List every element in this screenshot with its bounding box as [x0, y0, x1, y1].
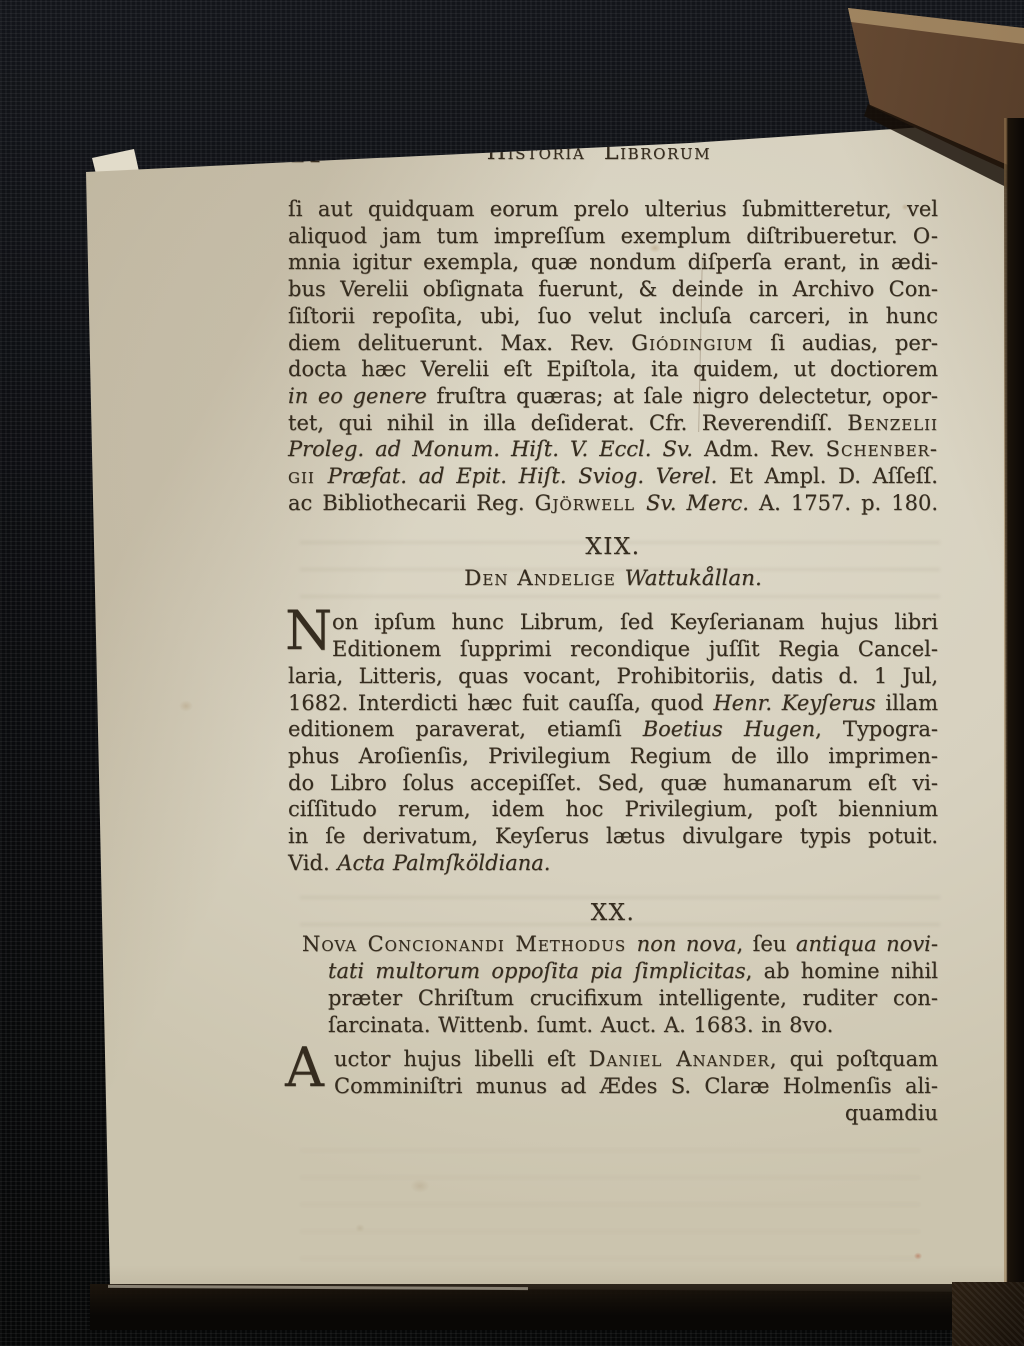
- text-line: aliquod jam tum impreſſum exemplum diſtr…: [288, 223, 938, 250]
- text-line: gii Præfat. ad Epit. Hiſt. Sviog. Verel.…: [288, 463, 938, 490]
- text-line: ſi aut quidquam eorum prelo ulterius ſub…: [288, 196, 938, 223]
- text-line: Vid. Acta Palmſköldiana.: [288, 850, 938, 877]
- text-line: tati multorum oppoſita pia ſimplicitas, …: [288, 958, 938, 985]
- text-line: diem delituerunt. Max. Rev. Giódingium ſ…: [288, 330, 938, 357]
- text-line: laria, Litteris, quas vocant, Prohibitor…: [288, 663, 938, 690]
- text-line: docta hæc Verelii eſt Epiſtola, ita quid…: [288, 356, 938, 383]
- text-line: Nova Concionandi Methodus non nova, ſeu …: [288, 931, 938, 958]
- text-line: mnia igitur exempla, quæ nondum diſperſa…: [288, 249, 938, 276]
- text-line: ciſſitudo rerum, idem hoc Privilegium, p…: [288, 796, 938, 823]
- text-line: Comminiſtri munus ad Ædes S. Claræ Holme…: [288, 1073, 938, 1100]
- text-line: bus Verelii obſignata fuerunt, & deinde …: [288, 276, 938, 303]
- text-line: quamdiu: [288, 1100, 938, 1127]
- section-heading-xix: XIX.: [288, 534, 938, 561]
- text-line: in ſe derivatum, Keyſerus lætus divulgar…: [288, 823, 938, 850]
- scanned-book-photo: 24 Historia Librorum ſi aut quidquam eor…: [0, 0, 1024, 1346]
- text-line: in eo genere fruſtra quæras; at ſale nig…: [288, 383, 938, 410]
- text-block: 24 Historia Librorum ſi aut quidquam eor…: [288, 140, 938, 1126]
- showthrough-text: [300, 1140, 920, 1260]
- text-line: Editionem ſupprimi recondique juſſit Reg…: [288, 636, 938, 663]
- text-line: editionem paraverat, etiamſi Boetius Hug…: [288, 716, 938, 743]
- bottom-cover-corner: [952, 1282, 1024, 1346]
- entry-xx-title: Nova Concionandi Methodus non nova, ſeu …: [288, 931, 938, 1038]
- text-line: on ipſum hunc Librum, ſed Keyſerianam hu…: [288, 609, 938, 636]
- paragraph-xix: Non ipſum hunc Librum, ſed Keyſerianam h…: [288, 609, 938, 876]
- text-line: præter Chriſtum crucifixum intelligente,…: [288, 985, 938, 1012]
- text-line: ac Bibliothecarii Reg. Gjörwell Sv. Merc…: [288, 490, 938, 517]
- paragraph-continuation: ſi aut quidquam eorum prelo ulterius ſub…: [288, 196, 938, 516]
- text-line: XIX.: [288, 534, 938, 561]
- text-line: Den Andelige Wattukållan.: [288, 566, 938, 593]
- text-line: ſiſtorii repoſita, ubi, ſuo velut incluſ…: [288, 303, 938, 330]
- text-line: 1682. Interdicti hæc fuit cauſſa, quod H…: [288, 690, 938, 717]
- text-line: uctor hujus libelli eſt Daniel Anander, …: [288, 1046, 938, 1073]
- right-gutter-shadow: [1004, 118, 1024, 1346]
- bottom-shadow: [90, 1284, 1010, 1330]
- text-line: XX.: [288, 900, 938, 927]
- section-heading-xx: XX.: [288, 900, 938, 927]
- text-line: do Libro ſolus accepiſſet. Sed, quæ huma…: [288, 770, 938, 797]
- book-page: 24 Historia Librorum ſi aut quidquam eor…: [0, 0, 1024, 1346]
- drop-cap: A: [285, 1043, 324, 1093]
- text-line: ſarcinata. Wittenb. ſumt. Auct. A. 1683.…: [288, 1012, 938, 1039]
- text-line: phus Aroſienſis, Privilegium Regium de i…: [288, 743, 938, 770]
- text-line: Proleg. ad Monum. Hiſt. V. Eccl. Sv. Adm…: [288, 436, 938, 463]
- drop-cap: N: [285, 606, 332, 656]
- text-line: tet, qui nihil in illa deſiderat. Cfr. R…: [288, 410, 938, 437]
- paragraph-xx: Auctor hujus libelli eſt Daniel Anander,…: [288, 1046, 938, 1126]
- section-title-xix: Den Andelige Wattukållan.: [288, 566, 938, 596]
